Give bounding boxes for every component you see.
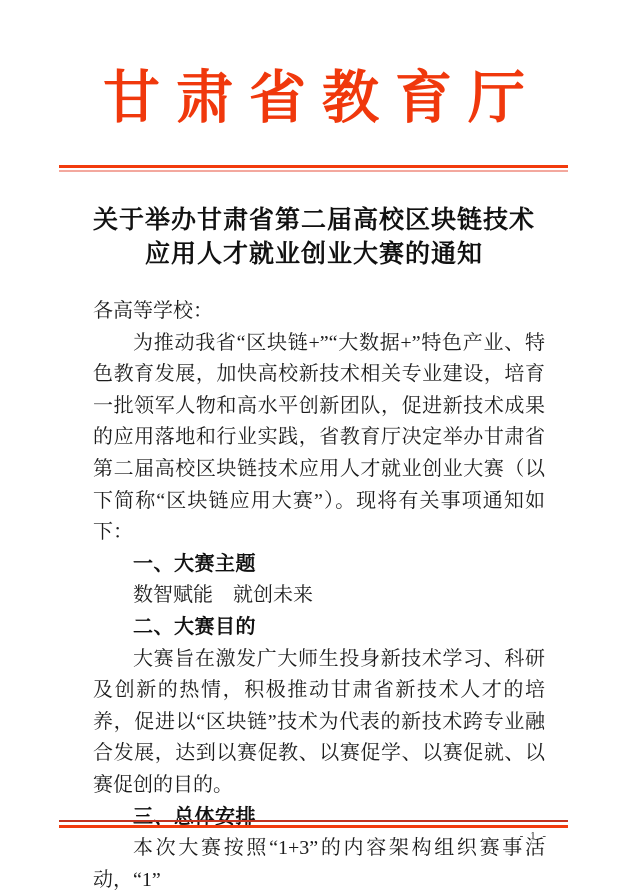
section-3-content: 本次大赛按照“1+3”的内容架构组织赛事活动，“1” [93, 833, 545, 890]
document-page: 甘肃省教育厅 关于举办甘肃省第二届高校区块链技术 应用人才就业创业大赛的通知 各… [0, 0, 628, 890]
notice-body: 各高等学校： 为推动我省“区块链+”“大数据+”特色产业、特色教育发展，加快高校… [93, 296, 545, 890]
letterhead-rule-thick-line [59, 165, 568, 168]
notice-title-line-1: 关于举办甘肃省第二届高校区块链技术 [0, 204, 628, 238]
section-2-heading: 二、大赛目的 [93, 612, 545, 644]
salutation: 各高等学校： [93, 296, 545, 328]
notice-title-line-2: 应用人才就业创业大赛的通知 [0, 238, 628, 272]
letterhead-agency-name: 甘肃省教育厅 [0, 66, 628, 132]
section-1-content: 数智赋能 就创未来 [93, 580, 545, 612]
section-3-heading: 三、总体安排 [93, 802, 545, 834]
footer-rule [59, 820, 568, 828]
section-2-content: 大赛旨在激发广大师生投身新技术学习、科研及创新的热情，积极推动甘肃省新技术人才的… [93, 644, 545, 802]
letterhead-rule [59, 165, 568, 172]
notice-title: 关于举办甘肃省第二届高校区块链技术 应用人才就业创业大赛的通知 [0, 204, 628, 272]
footer-rule-thin-line [59, 820, 568, 822]
page-number: - 1 - [520, 830, 548, 842]
intro-paragraph: 为推动我省“区块链+”“大数据+”特色产业、特色教育发展，加快高校新技术相关专业… [93, 328, 545, 549]
letterhead-rule-thin-line [59, 170, 568, 172]
section-1-heading: 一、大赛主题 [93, 549, 545, 581]
footer-rule-thick-line [59, 825, 568, 829]
